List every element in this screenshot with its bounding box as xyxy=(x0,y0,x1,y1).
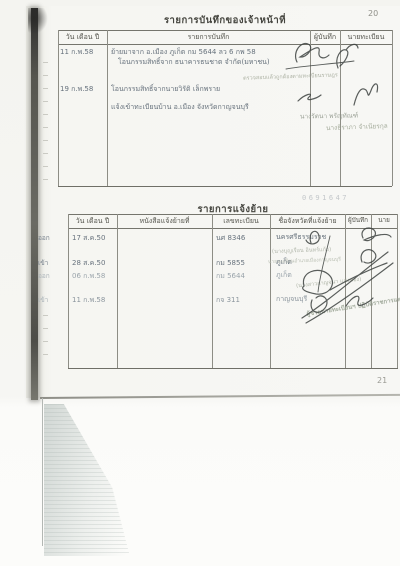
book-spine-shadow xyxy=(31,8,38,400)
next-page-left-edge xyxy=(42,398,43,546)
move-table-divider-3 xyxy=(270,214,271,368)
move-row2-regno: กม 5855 xyxy=(216,258,245,269)
move-row2-date: 28 ส.ค.50 xyxy=(72,258,105,269)
move-header-date: วัน เดือน ปี xyxy=(68,214,117,228)
move-table-edge-left xyxy=(68,214,69,368)
record-stamp-name1: นางรัตนา พรัญทัณฑ์ xyxy=(300,110,358,121)
record-table-header-border xyxy=(58,44,392,45)
move-row3-province: ภูเก็ต xyxy=(276,270,292,281)
margin-row-ticks-bottom xyxy=(43,305,48,363)
move-header-regno: เลขทะเบียน xyxy=(212,214,270,228)
move-header-doc: หนังสือแจ้งย้ายที่ xyxy=(117,214,212,228)
record-table-border-bottom xyxy=(58,186,392,187)
bottom-page-number: 21 xyxy=(377,376,387,385)
move-row3-date: 06 ก.พ.58 xyxy=(72,271,105,282)
move-header-recorder: ผู้บันทึก xyxy=(345,214,371,228)
record-table-title: รายการบันทึกของเจ้าหน้าที่ xyxy=(58,13,392,28)
move-row3-regno: กม 5644 xyxy=(216,271,245,282)
margin-row-ticks-top xyxy=(43,52,48,184)
move-table-divider-1 xyxy=(117,214,118,368)
record-header-entry: รายการบันทึก xyxy=(107,30,310,44)
record-row1-date: 11 ก.พ.58 xyxy=(60,47,93,58)
move-row4-date: 11 ก.พ.58 xyxy=(72,295,105,306)
move-header-province: ชื่อจังหวัดที่แจ้งย้าย xyxy=(270,214,345,228)
move-table-edge-right xyxy=(397,214,398,368)
record-table-edge-right xyxy=(392,30,393,186)
move-row1-direction: ออก xyxy=(38,233,50,243)
record-header-recorder: ผู้บันทึก xyxy=(310,30,340,44)
record-header-registrar: นายทะเบียน xyxy=(340,30,392,44)
move-row1-province: นครศรีธรรมราช xyxy=(276,232,326,243)
move-table-divider-5 xyxy=(371,214,372,368)
move-table-divider-4 xyxy=(345,214,346,368)
scanned-house-registration-page: 20 รายการบันทึกของเจ้าหน้าที่ วัน เดือน … xyxy=(0,0,400,566)
record-row2-date: 19 ก.พ.58 xyxy=(60,84,93,95)
dot-matrix-code: 0691647 xyxy=(302,194,349,202)
record-row2-line2: แจ้งเข้าทะเบียนบ้าน อ.เมือง จังหวัดกาญจน… xyxy=(111,102,249,113)
move-row4-regno: กจ 311 xyxy=(216,295,240,306)
move-row2-direction: เข้า xyxy=(38,258,48,268)
move-header-registrar: นายทะเบียน xyxy=(371,214,397,228)
move-table-divider-2 xyxy=(212,214,213,368)
spine-corner-shadow xyxy=(28,8,48,34)
page-curl-shadow xyxy=(44,404,154,556)
record-row1-line2: โอนกรรมสิทธิ์จาก ธนาคารธนชาต จำกัด(มหาชน… xyxy=(118,57,270,68)
record-table-divider-recorder xyxy=(310,30,311,186)
record-row2-line1: โอนกรรมสิทธิ์จากนายวิรัติ เล็กพราย xyxy=(111,84,220,95)
move-row4-province: กาญจนบุรี xyxy=(276,294,307,305)
move-row3-direction: ออก xyxy=(38,271,50,281)
record-header-date: วัน เดือน ปี xyxy=(58,30,107,44)
move-row1-regno: นศ 8346 xyxy=(216,233,245,244)
move-row4-direction: เข้า xyxy=(38,295,48,305)
move-table-border-bottom xyxy=(68,368,398,369)
record-table-divider-date xyxy=(107,30,108,186)
move-row1-date: 17 ส.ค.50 xyxy=(72,233,105,244)
record-table-divider-registrar xyxy=(340,30,341,186)
record-table-edge-left xyxy=(58,30,59,186)
